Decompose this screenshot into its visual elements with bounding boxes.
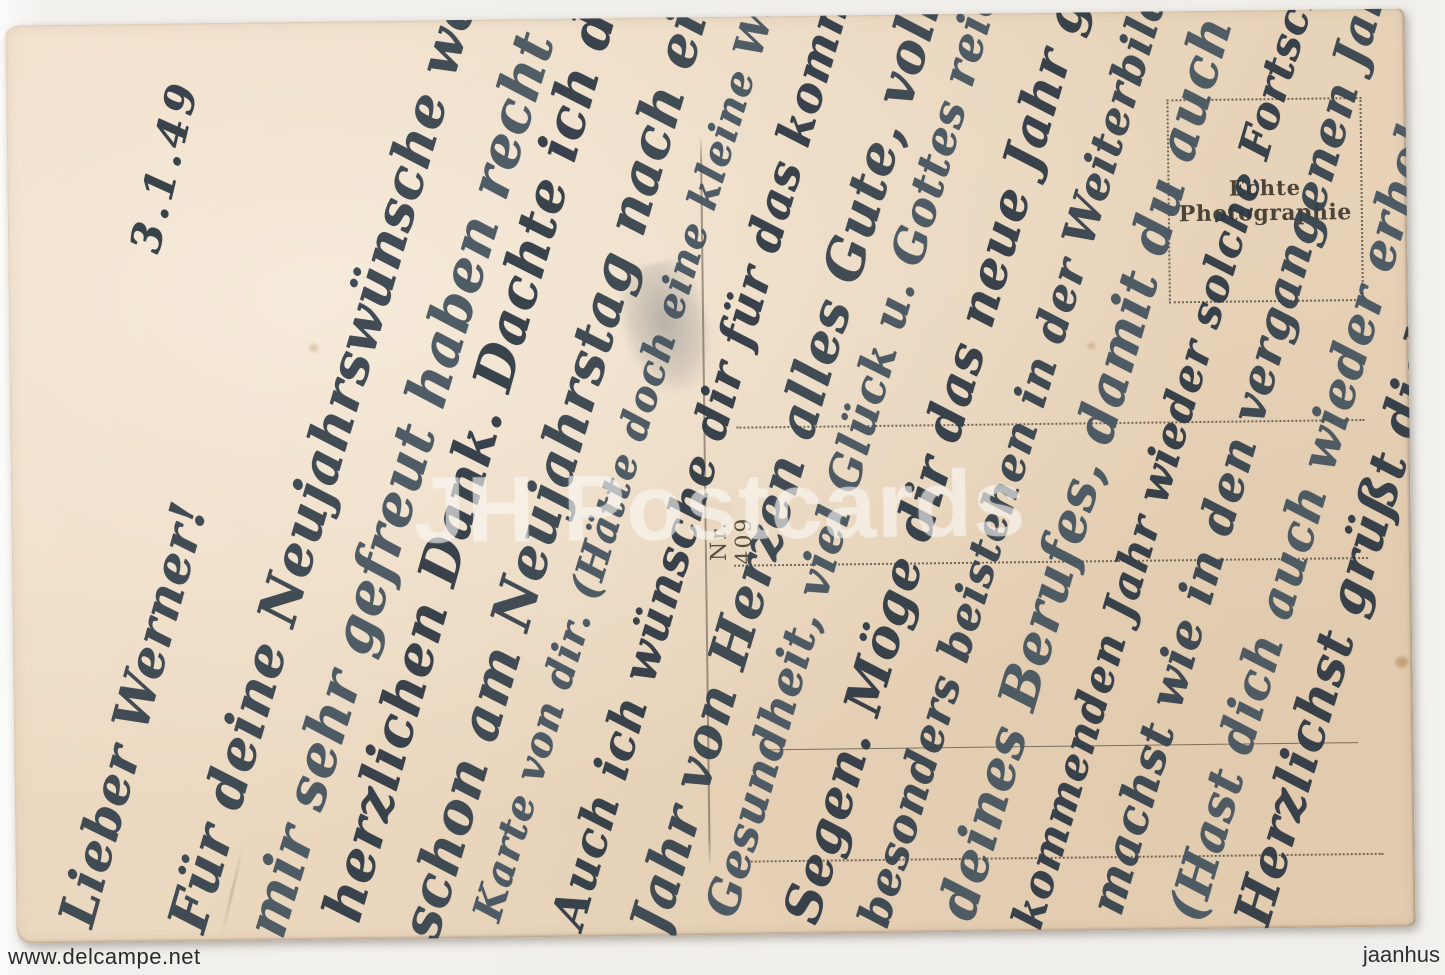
delcampe-watermark: www.delcampe.net xyxy=(8,944,201,970)
jh-postcards-watermark: JH Postcards xyxy=(413,449,1027,564)
scanned-postcard-image: Echte Photographie Nr. 409 3.1.49 Lieber… xyxy=(0,0,1445,975)
jaanhus-watermark: jaanhus xyxy=(1363,942,1440,968)
postcard-back: Echte Photographie Nr. 409 3.1.49 Lieber… xyxy=(5,8,1415,943)
foxing-spot xyxy=(1395,656,1408,667)
handwritten-date: 3.1.49 xyxy=(120,75,208,258)
foxing-spot xyxy=(309,344,318,352)
